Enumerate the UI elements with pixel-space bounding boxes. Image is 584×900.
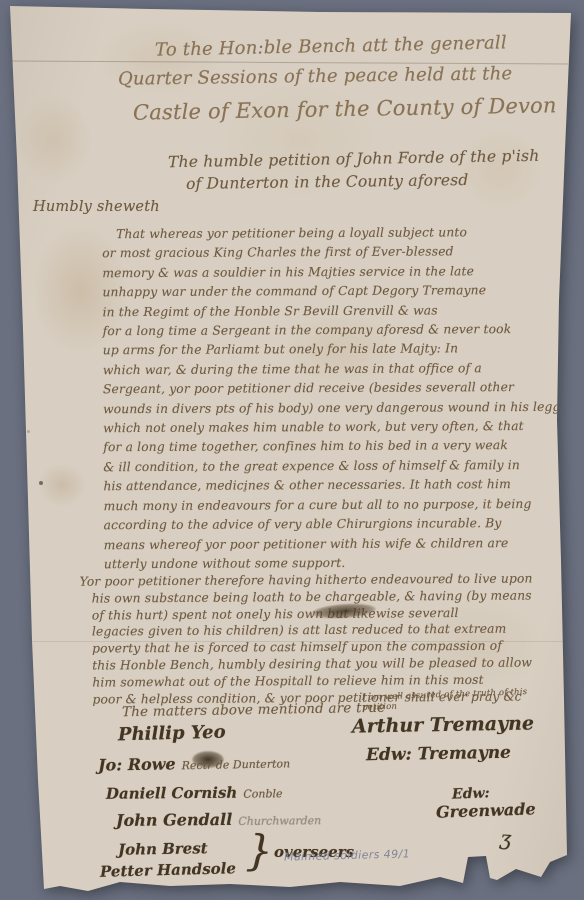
signature-john-gendall: John GendallChurchwarden bbox=[116, 809, 321, 830]
signer-role: Rectr de Dunterton bbox=[182, 757, 291, 772]
assurance-note: I am well assured of the truth of this p… bbox=[362, 688, 528, 713]
salutation-line-2: of Dunterton in the County aforesd bbox=[186, 171, 469, 193]
signature-arthur-tremayne: Arthur Tremayne bbox=[352, 712, 534, 737]
body-line: which war, & during the time that he was… bbox=[103, 359, 565, 381]
body-line: means whereof yor poor petitioner with h… bbox=[104, 533, 566, 555]
body-line: Sergeant, yor poor petitioner did receiv… bbox=[103, 378, 565, 400]
body-line: in the Regimt of the Honble Sr Bevill Gr… bbox=[102, 300, 564, 322]
signature-flourish: ʒ bbox=[499, 826, 512, 851]
body-line: up arms for the Parliamt but onely for h… bbox=[103, 339, 565, 361]
signer-name: Jo: Rowe bbox=[98, 754, 176, 774]
sheweth-label: Humbly sheweth bbox=[33, 199, 160, 215]
body-line: his attendance, medicines & other necess… bbox=[103, 475, 565, 497]
heading-line-1: To the Hon:ble Bench att the generall bbox=[155, 32, 507, 60]
body-line: & ill condition, to the great expence & … bbox=[103, 456, 565, 478]
salutation-line-1: The humble petition of John Forde of the… bbox=[168, 147, 540, 171]
pencil-archive-note: Maimed soldiers 49/1 bbox=[284, 847, 410, 863]
signature-edw-greenwade-last: Greenwade bbox=[436, 799, 536, 821]
body-line: which not onely makes him unable to work… bbox=[103, 417, 565, 439]
witness-statement: The matters above mentiond are true bbox=[122, 700, 386, 721]
signer-name: John Gendall bbox=[116, 810, 232, 830]
photo-background: To the Hon:ble Bench att the generall Qu… bbox=[0, 0, 584, 900]
petition-paragraph-2: Yor poor petitioner therefore having hit… bbox=[92, 570, 534, 707]
body-line: That whereas yor petitioner being a loya… bbox=[116, 223, 564, 245]
signature-phillip-yeo: Phillip Yeo bbox=[118, 722, 226, 746]
petition-paragraph-1: That whereas yor petitioner being a loya… bbox=[102, 223, 565, 575]
body-line: much mony in endeavours for a cure but a… bbox=[104, 494, 566, 516]
signer-role: Conble bbox=[243, 787, 282, 800]
signature-edw-tremayne: Edw: Tremayne bbox=[366, 743, 511, 766]
ink-speck bbox=[27, 430, 30, 433]
body-line: for a long time a Sergeant in the compan… bbox=[103, 320, 565, 342]
body-line: unhappy war under the command of Capt De… bbox=[102, 281, 564, 303]
signature-daniell-cornish: Daniell CornishConble bbox=[106, 783, 283, 803]
overseers-brace: } bbox=[245, 826, 273, 876]
heading-line-2: Quarter Sessions of the peace held att t… bbox=[118, 63, 513, 90]
signature-jo-rowe: Jo: RoweRectr de Dunterton bbox=[98, 752, 290, 774]
body-line: for a long time together, confines him t… bbox=[103, 436, 565, 458]
body-line: according to the advice of very able Chi… bbox=[104, 514, 566, 536]
body-line: or most gracious King Charles the first … bbox=[102, 242, 564, 264]
signer-name: Daniell Cornish bbox=[106, 784, 237, 803]
body-line: memory & was a souldier in his Majties s… bbox=[102, 262, 564, 284]
signature-john-brest: John Brest bbox=[118, 839, 208, 859]
signature-petter-handsole: Petter Handsole bbox=[100, 859, 236, 881]
ink-speck bbox=[39, 481, 43, 485]
petition-manuscript-paper: To the Hon:ble Bench att the generall Qu… bbox=[0, 0, 584, 900]
paper-shadow: To the Hon:ble Bench att the generall Qu… bbox=[0, 0, 584, 900]
body-line: his own substance being loath to be char… bbox=[92, 587, 533, 607]
body-line: wounds in divers pts of his body) one ve… bbox=[103, 397, 565, 419]
heading-line-3: Castle of Exon for the County of Devon bbox=[133, 93, 557, 124]
